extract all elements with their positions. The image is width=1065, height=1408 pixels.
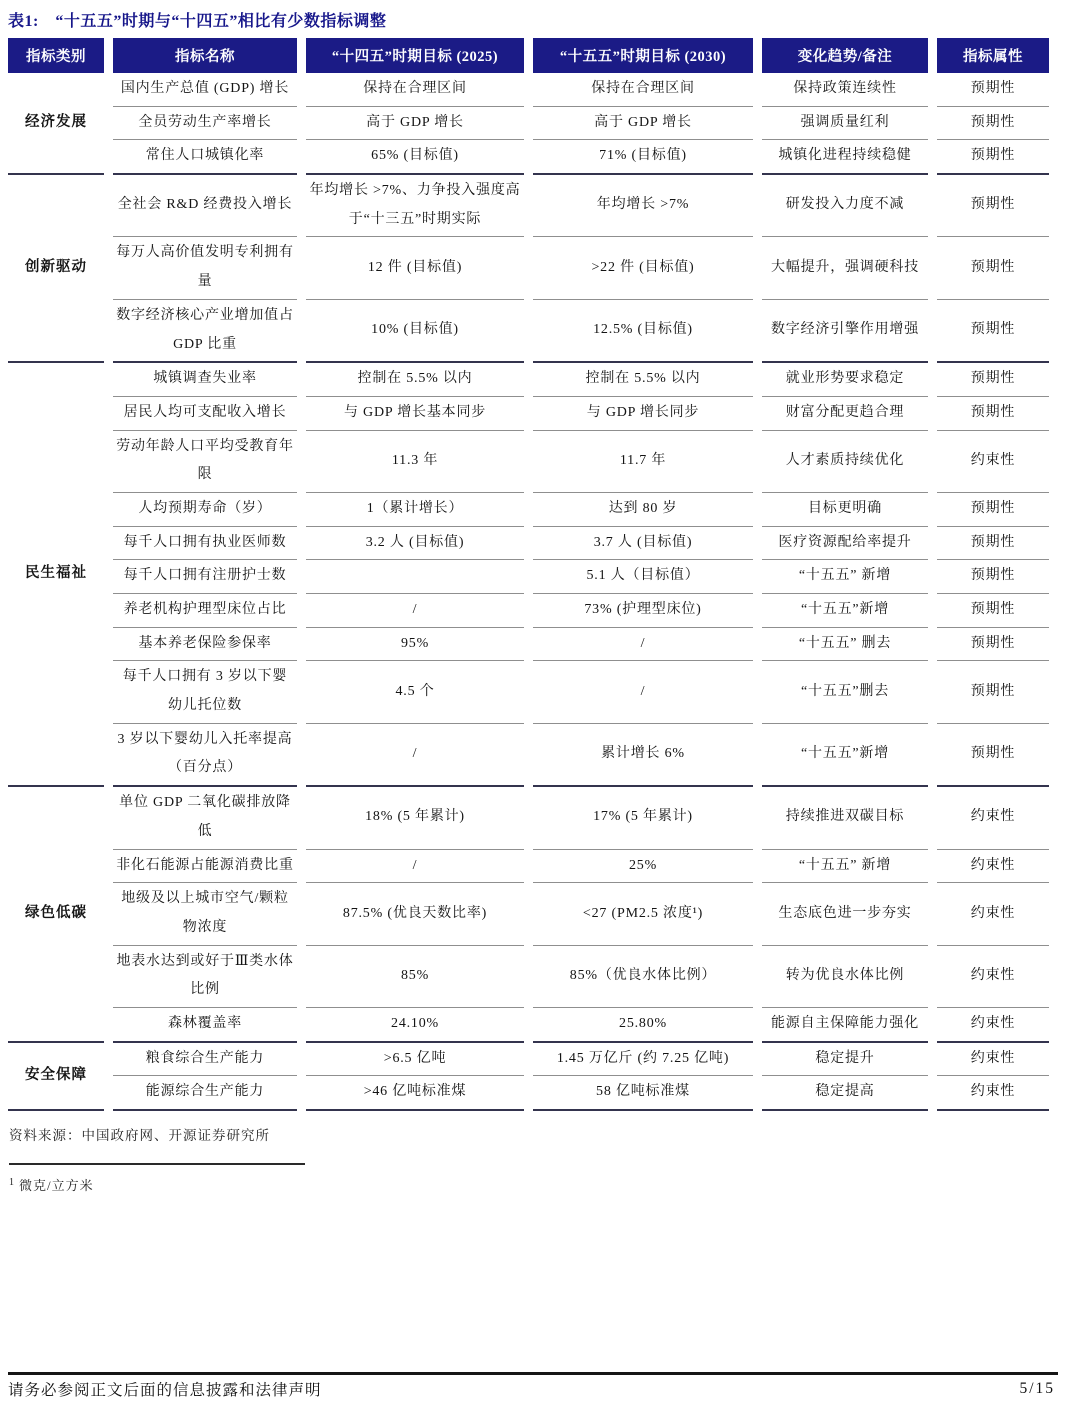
table-row: 数字经济核心产业增加值占 GDP 比重10% (目标值)12.5% (目标值)数… (8, 299, 1049, 361)
target-2025-cell: 85% (306, 945, 524, 1007)
footnote-marker: 1 (9, 1177, 15, 1188)
indicator-name-cell: 地级及以上城市空气/颗粒物浓度 (113, 882, 297, 944)
table-row: 每千人口拥有执业医师数3.2 人 (目标值)3.7 人 (目标值)医疗资源配给率… (8, 526, 1049, 560)
trend-cell: 研发投入力度不减 (762, 173, 928, 236)
footnote-text: 微克/立方米 (19, 1178, 94, 1193)
attribute-cell: 预期性 (937, 593, 1049, 627)
table-row: 森林覆盖率24.10%25.80%能源自主保障能力强化约束性 (8, 1007, 1049, 1041)
table-row: 养老机构护理型床位占比/73% (护理型床位)“十五五”新增预期性 (8, 593, 1049, 627)
target-2030-cell: 12.5% (目标值) (533, 299, 753, 361)
attribute-cell: 预期性 (937, 723, 1049, 785)
column-header: 指标属性 (937, 38, 1049, 73)
indicators-table: 指标类别指标名称“十四五”时期目标 (2025)“十五五”时期目标 (2030)… (0, 38, 1058, 1111)
target-2030-cell: <27 (PM2.5 浓度¹) (533, 882, 753, 944)
target-2025-cell: 3.2 人 (目标值) (306, 526, 524, 560)
target-2030-cell: 累计增长 6% (533, 723, 753, 785)
target-2025-cell: 1（累计增长） (306, 492, 524, 526)
target-2030-cell: >22 件 (目标值) (533, 236, 753, 298)
table-row: 劳动年龄人口平均受教育年限11.3 年11.7 年人才素质持续优化约束性 (8, 430, 1049, 492)
attribute-cell: 预期性 (937, 73, 1049, 106)
table-row: 地表水达到或好于Ⅲ类水体比例85%85%（优良水体比例）转为优良水体比例约束性 (8, 945, 1049, 1007)
target-2030-cell: 58 亿吨标准煤 (533, 1075, 753, 1111)
target-2030-cell: 85%（优良水体比例） (533, 945, 753, 1007)
target-2025-cell: 与 GDP 增长基本同步 (306, 396, 524, 430)
attribute-cell: 约束性 (937, 785, 1049, 848)
target-2025-cell: 65% (目标值) (306, 139, 524, 173)
attribute-cell: 预期性 (937, 236, 1049, 298)
table-header-row: 指标类别指标名称“十四五”时期目标 (2025)“十五五”时期目标 (2030)… (8, 38, 1049, 73)
trend-cell: 城镇化进程持续稳健 (762, 139, 928, 173)
category-cell: 民生福祉 (8, 361, 104, 785)
indicator-name-cell: 地表水达到或好于Ⅲ类水体比例 (113, 945, 297, 1007)
indicator-name-cell: 人均预期寿命（岁） (113, 492, 297, 526)
indicator-name-cell: 非化石能源占能源消费比重 (113, 849, 297, 883)
trend-cell: “十五五”删去 (762, 660, 928, 722)
disclaimer-text: 请务必参阅正文后面的信息披露和法律声明 (8, 1378, 322, 1400)
category-cell: 安全保障 (8, 1041, 104, 1111)
target-2025-cell: 95% (306, 627, 524, 661)
table-row: 每千人口拥有注册护士数5.1 人（目标值）“十五五” 新增预期性 (8, 559, 1049, 593)
indicator-name-cell: 居民人均可支配收入增长 (113, 396, 297, 430)
target-2025-cell: >46 亿吨标准煤 (306, 1075, 524, 1111)
column-header: “十五五”时期目标 (2030) (533, 38, 753, 73)
target-2030-cell: 25.80% (533, 1007, 753, 1041)
table-row: 每千人口拥有 3 岁以下婴幼儿托位数4.5 个/“十五五”删去预期性 (8, 660, 1049, 722)
target-2030-cell: 保持在合理区间 (533, 73, 753, 106)
attribute-cell: 约束性 (937, 882, 1049, 944)
attribute-cell: 预期性 (937, 173, 1049, 236)
indicator-name-cell: 能源综合生产能力 (113, 1075, 297, 1111)
page-footer: 请务必参阅正文后面的信息披露和法律声明 5/15 (8, 1378, 1055, 1400)
target-2030-cell: 高于 GDP 增长 (533, 106, 753, 140)
indicator-name-cell: 每万人高价值发明专利拥有量 (113, 236, 297, 298)
trend-cell: 财富分配更趋合理 (762, 396, 928, 430)
table-row: 居民人均可支配收入增长与 GDP 增长基本同步与 GDP 增长同步财富分配更趋合… (8, 396, 1049, 430)
trend-cell: 转为优良水体比例 (762, 945, 928, 1007)
indicator-name-cell: 养老机构护理型床位占比 (113, 593, 297, 627)
indicator-name-cell: 劳动年龄人口平均受教育年限 (113, 430, 297, 492)
trend-cell: 强调质量红利 (762, 106, 928, 140)
attribute-cell: 预期性 (937, 559, 1049, 593)
data-source-note: 资料来源：中国政府网、开源证券研究所 (9, 1124, 1057, 1144)
target-2025-cell: 18% (5 年累计) (306, 785, 524, 848)
table-row: 人均预期寿命（岁）1（累计增长）达到 80 岁目标更明确预期性 (8, 492, 1049, 526)
attribute-cell: 约束性 (937, 1075, 1049, 1111)
table-row: 每万人高价值发明专利拥有量12 件 (目标值)>22 件 (目标值)大幅提升，强… (8, 236, 1049, 298)
category-cell: 创新驱动 (8, 173, 104, 361)
footnote-divider (9, 1163, 305, 1165)
report-page: 表1: “十五五”时期与“十四五”相比有少数指标调整 指标类别指标名称“十四五”… (0, 0, 1065, 1402)
target-2025-cell: 10% (目标值) (306, 299, 524, 361)
trend-cell: “十五五” 新增 (762, 559, 928, 593)
target-2030-cell: 年均增长 >7% (533, 173, 753, 236)
page-divider (8, 1372, 1058, 1375)
indicator-name-cell: 单位 GDP 二氧化碳排放降低 (113, 785, 297, 848)
table-row: 安全保障粮食综合生产能力>6.5 亿吨1.45 万亿斤 (约 7.25 亿吨)稳… (8, 1041, 1049, 1076)
indicator-name-cell: 每千人口拥有 3 岁以下婴幼儿托位数 (113, 660, 297, 722)
indicator-name-cell: 常住人口城镇化率 (113, 139, 297, 173)
table-row: 3 岁以下婴幼儿入托率提高（百分点）/累计增长 6%“十五五”新增预期性 (8, 723, 1049, 785)
target-2030-cell: 71% (目标值) (533, 139, 753, 173)
indicator-name-cell: 国内生产总值 (GDP) 增长 (113, 73, 297, 106)
target-2025-cell: 高于 GDP 增长 (306, 106, 524, 140)
table-row: 民生福祉城镇调查失业率控制在 5.5% 以内控制在 5.5% 以内就业形势要求稳… (8, 361, 1049, 396)
target-2030-cell: 3.7 人 (目标值) (533, 526, 753, 560)
target-2025-cell: 保持在合理区间 (306, 73, 524, 106)
trend-cell: 保持政策连续性 (762, 73, 928, 106)
target-2025-cell: 87.5% (优良天数比率) (306, 882, 524, 944)
target-2030-cell: / (533, 627, 753, 661)
attribute-cell: 预期性 (937, 660, 1049, 722)
target-2025-cell: / (306, 723, 524, 785)
trend-cell: 稳定提升 (762, 1041, 928, 1076)
footnote: 1微克/立方米 (9, 1175, 1057, 1194)
attribute-cell: 预期性 (937, 106, 1049, 140)
target-2025-cell: 4.5 个 (306, 660, 524, 722)
trend-cell: 生态底色进一步夯实 (762, 882, 928, 944)
trend-cell: 人才素质持续优化 (762, 430, 928, 492)
indicator-name-cell: 每千人口拥有注册护士数 (113, 559, 297, 593)
trend-cell: 稳定提高 (762, 1075, 928, 1111)
table-row: 绿色低碳单位 GDP 二氧化碳排放降低18% (5 年累计)17% (5 年累计… (8, 785, 1049, 848)
attribute-cell: 约束性 (937, 1007, 1049, 1041)
trend-cell: 持续推进双碳目标 (762, 785, 928, 848)
indicator-name-cell: 每千人口拥有执业医师数 (113, 526, 297, 560)
target-2025-cell: >6.5 亿吨 (306, 1041, 524, 1076)
attribute-cell: 约束性 (937, 1041, 1049, 1076)
target-2025-cell: 控制在 5.5% 以内 (306, 361, 524, 396)
attribute-cell: 预期性 (937, 139, 1049, 173)
target-2030-cell: 达到 80 岁 (533, 492, 753, 526)
target-2025-cell: / (306, 849, 524, 883)
target-2030-cell: 控制在 5.5% 以内 (533, 361, 753, 396)
target-2025-cell: 11.3 年 (306, 430, 524, 492)
trend-cell: “十五五” 删去 (762, 627, 928, 661)
trend-cell: “十五五”新增 (762, 723, 928, 785)
target-2030-cell: 25% (533, 849, 753, 883)
trend-cell: 目标更明确 (762, 492, 928, 526)
table-row: 创新驱动全社会 R&D 经费投入增长年均增长 >7%、力争投入强度高于“十三五”… (8, 173, 1049, 236)
indicator-name-cell: 粮食综合生产能力 (113, 1041, 297, 1076)
target-2025-cell: 24.10% (306, 1007, 524, 1041)
indicator-name-cell: 3 岁以下婴幼儿入托率提高（百分点） (113, 723, 297, 785)
indicator-name-cell: 森林覆盖率 (113, 1007, 297, 1041)
attribute-cell: 约束性 (937, 430, 1049, 492)
indicator-name-cell: 城镇调查失业率 (113, 361, 297, 396)
category-cell: 经济发展 (8, 73, 104, 173)
target-2030-cell: 5.1 人（目标值） (533, 559, 753, 593)
target-2030-cell: 17% (5 年累计) (533, 785, 753, 848)
attribute-cell: 预期性 (937, 492, 1049, 526)
table-title: 表1: “十五五”时期与“十四五”相比有少数指标调整 (8, 6, 1057, 38)
target-2025-cell: / (306, 593, 524, 627)
indicator-name-cell: 全社会 R&D 经费投入增长 (113, 173, 297, 236)
column-header: 指标名称 (113, 38, 297, 73)
trend-cell: 就业形势要求稳定 (762, 361, 928, 396)
attribute-cell: 约束性 (937, 849, 1049, 883)
target-2030-cell: 1.45 万亿斤 (约 7.25 亿吨) (533, 1041, 753, 1076)
attribute-cell: 预期性 (937, 627, 1049, 661)
table-row: 基本养老保险参保率95%/“十五五” 删去预期性 (8, 627, 1049, 661)
table-row: 全员劳动生产率增长高于 GDP 增长高于 GDP 增长强调质量红利预期性 (8, 106, 1049, 140)
trend-cell: 数字经济引擎作用增强 (762, 299, 928, 361)
attribute-cell: 预期性 (937, 396, 1049, 430)
column-header: 指标类别 (8, 38, 104, 73)
table-row: 非化石能源占能源消费比重/25%“十五五” 新增约束性 (8, 849, 1049, 883)
category-cell: 绿色低碳 (8, 785, 104, 1041)
indicator-name-cell: 全员劳动生产率增长 (113, 106, 297, 140)
target-2025-cell (306, 559, 524, 593)
column-header: “十四五”时期目标 (2025) (306, 38, 524, 73)
indicator-name-cell: 基本养老保险参保率 (113, 627, 297, 661)
table-row: 能源综合生产能力>46 亿吨标准煤58 亿吨标准煤稳定提高约束性 (8, 1075, 1049, 1111)
attribute-cell: 预期性 (937, 361, 1049, 396)
column-header: 变化趋势/备注 (762, 38, 928, 73)
trend-cell: “十五五” 新增 (762, 849, 928, 883)
page-number: 5/15 (1019, 1380, 1055, 1398)
attribute-cell: 约束性 (937, 945, 1049, 1007)
trend-cell: 医疗资源配给率提升 (762, 526, 928, 560)
trend-cell: “十五五”新增 (762, 593, 928, 627)
table-row: 地级及以上城市空气/颗粒物浓度87.5% (优良天数比率)<27 (PM2.5 … (8, 882, 1049, 944)
target-2030-cell: / (533, 660, 753, 722)
trend-cell: 大幅提升，强调硬科技 (762, 236, 928, 298)
attribute-cell: 预期性 (937, 526, 1049, 560)
table-row: 常住人口城镇化率65% (目标值)71% (目标值)城镇化进程持续稳健预期性 (8, 139, 1049, 173)
attribute-cell: 预期性 (937, 299, 1049, 361)
target-2030-cell: 与 GDP 增长同步 (533, 396, 753, 430)
target-2030-cell: 73% (护理型床位) (533, 593, 753, 627)
target-2025-cell: 12 件 (目标值) (306, 236, 524, 298)
target-2030-cell: 11.7 年 (533, 430, 753, 492)
target-2025-cell: 年均增长 >7%、力争投入强度高于“十三五”时期实际 (306, 173, 524, 236)
indicator-name-cell: 数字经济核心产业增加值占 GDP 比重 (113, 299, 297, 361)
table-row: 经济发展国内生产总值 (GDP) 增长保持在合理区间保持在合理区间保持政策连续性… (8, 73, 1049, 106)
trend-cell: 能源自主保障能力强化 (762, 1007, 928, 1041)
